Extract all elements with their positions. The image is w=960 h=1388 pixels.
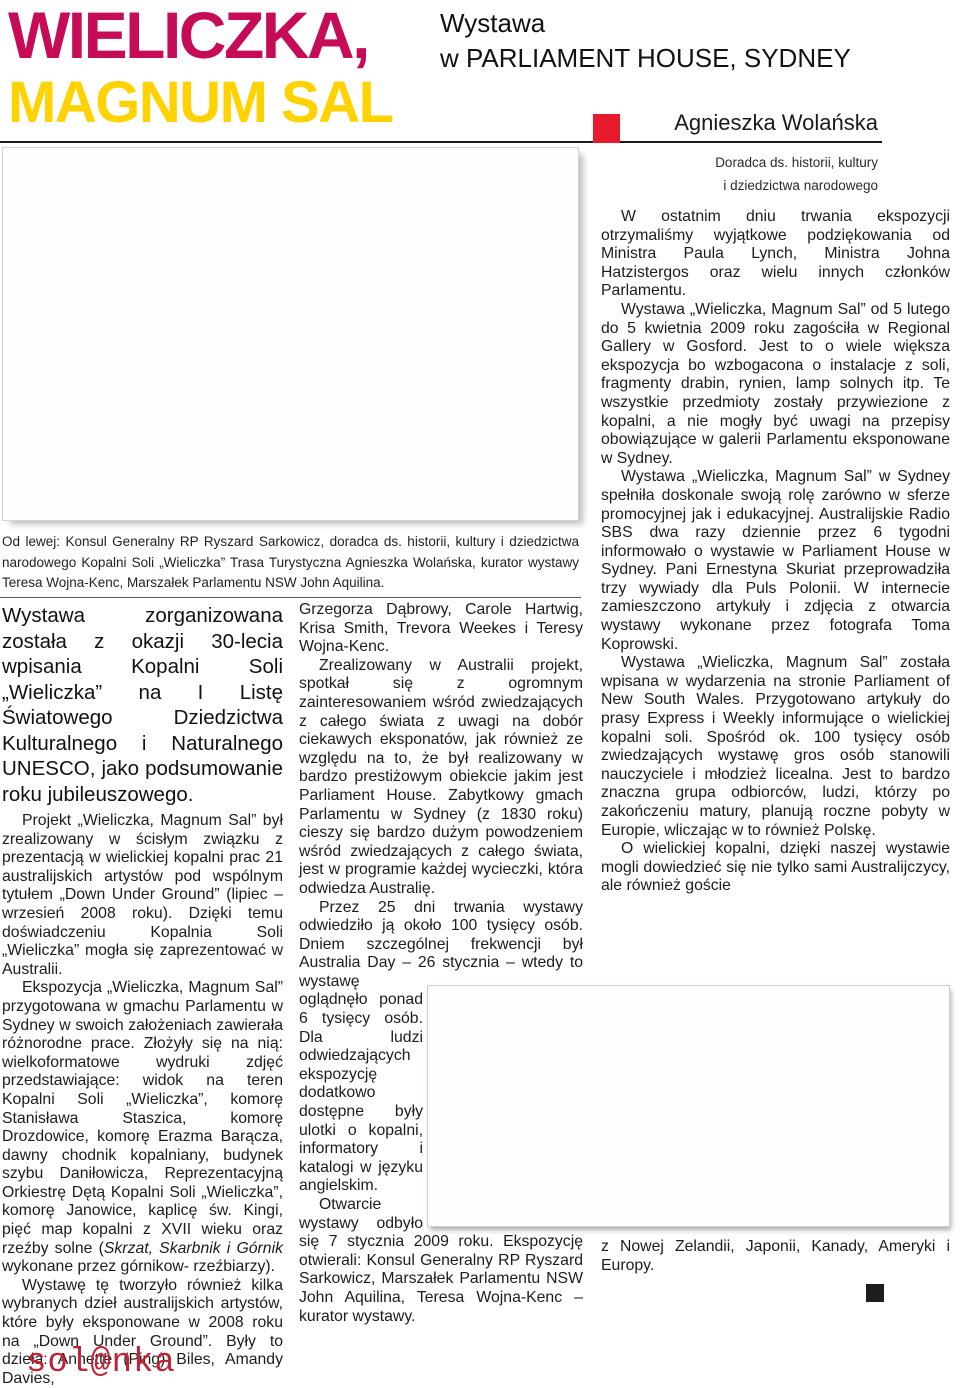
author-role: Doradca ds. historii, kultury i dziedzic… bbox=[578, 151, 878, 197]
page-title-line2: MAGNUM SAL bbox=[8, 74, 393, 132]
lead-paragraph: Wystawa zorganizowana została z okazji 3… bbox=[2, 603, 283, 807]
header-rule bbox=[0, 141, 882, 143]
article-column-3: W ostatnim dniu trwania ekspozycji otrzy… bbox=[601, 208, 950, 896]
red-accent-square bbox=[593, 114, 620, 143]
paragraph: W ostatnim dniu trwania ekspozycji otrzy… bbox=[601, 208, 950, 301]
secondary-photo bbox=[427, 985, 950, 1227]
article-column-1: Wystawa zorganizowana została z okazji 3… bbox=[2, 603, 283, 1388]
subtitle-line2: w PARLIAMENT HOUSE, SYDNEY bbox=[440, 41, 851, 76]
magazine-page: WIELICZKA, MAGNUM SAL Wystawa w PARLIAME… bbox=[0, 0, 960, 1388]
article-end-mark bbox=[866, 1284, 884, 1302]
paragraph: Wystawa „Wieliczka, Magnum Sal” w Sydney… bbox=[601, 468, 950, 654]
author-role-line2: i dziedzictwa narodowego bbox=[578, 174, 878, 197]
paragraph-text: Ekspozycja „Wieliczka, Magnum Sal” przyg… bbox=[2, 979, 283, 1256]
caption-rule bbox=[0, 597, 581, 598]
main-photo bbox=[2, 147, 579, 521]
paragraph: Zrealizowany w Australii projekt, spotka… bbox=[299, 657, 583, 899]
subtitle-line1: Wystawa bbox=[440, 6, 851, 41]
author-role-line1: Doradca ds. historii, kultury bbox=[578, 151, 878, 174]
paragraph: Wystawa „Wieliczka, Magnum Sal” od 5 lut… bbox=[601, 301, 950, 468]
article-column-3-continued: z Nowej Zelandii, Japonii, Kanady, Amery… bbox=[601, 1238, 950, 1275]
magazine-logo: sol@nka bbox=[26, 1344, 176, 1382]
page-subtitle: Wystawa w PARLIAMENT HOUSE, SYDNEY bbox=[440, 6, 851, 76]
paragraph: z Nowej Zelandii, Japonii, Kanady, Amery… bbox=[601, 1238, 950, 1275]
paragraph-italic-text: Skrzat, Skarbnik i Górnik bbox=[104, 1240, 283, 1257]
paragraph: Wystawa „Wieliczka, Magnum Sal” została … bbox=[601, 654, 950, 840]
paragraph: Projekt „Wieliczka, Magnum Sal” był zrea… bbox=[2, 812, 283, 979]
author-name: Agnieszka Wolańska bbox=[578, 110, 878, 136]
paragraph: Grzegorza Dąbrowy, Carole Hartwig, Krisa… bbox=[299, 601, 583, 657]
paragraph-text: wykonane przez górnikow- rzeźbiarzy). bbox=[2, 1258, 275, 1275]
main-photo-caption: Od lewej: Konsul Generalny RP Ryszard Sa… bbox=[2, 532, 579, 594]
paragraph: Ekspozycja „Wieliczka, Magnum Sal” przyg… bbox=[2, 979, 283, 1277]
paragraph: O wielickiej kopalni, dzięki naszej wyst… bbox=[601, 840, 950, 896]
page-title-line1: WIELICZKA, bbox=[8, 2, 368, 68]
